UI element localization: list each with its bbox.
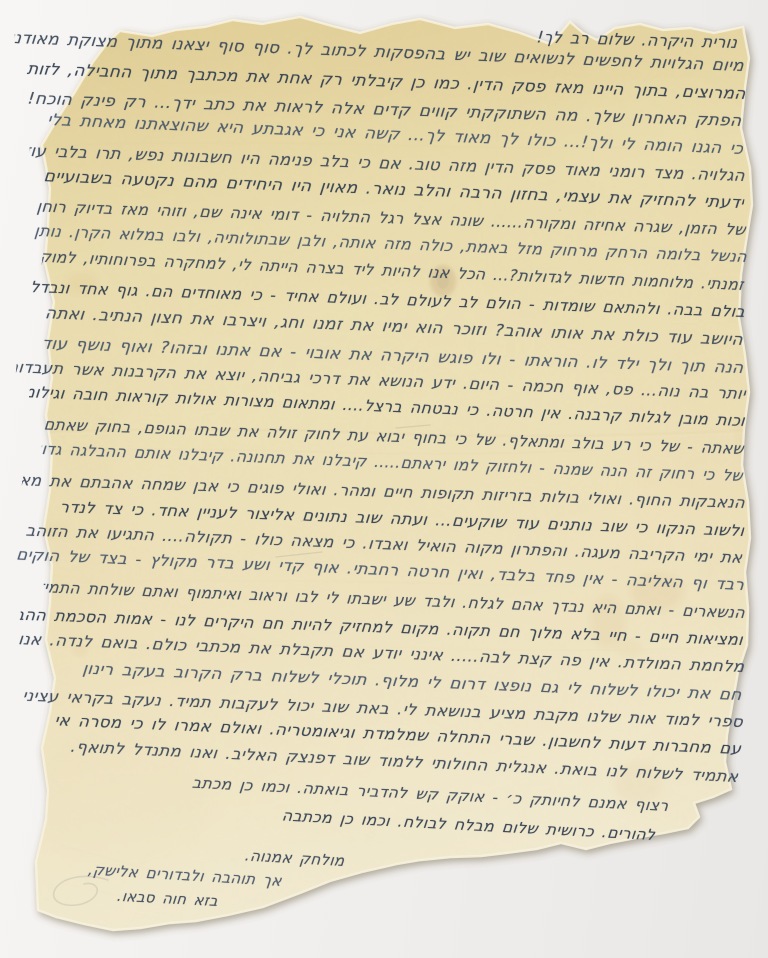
scanned-letter: נורית היקרה. שלום רב לך! מיום הגלויות לח…: [0, 0, 768, 958]
torn-edge-fibers: [36, 17, 752, 930]
paper-sheet-graphic: [0, 0, 768, 958]
